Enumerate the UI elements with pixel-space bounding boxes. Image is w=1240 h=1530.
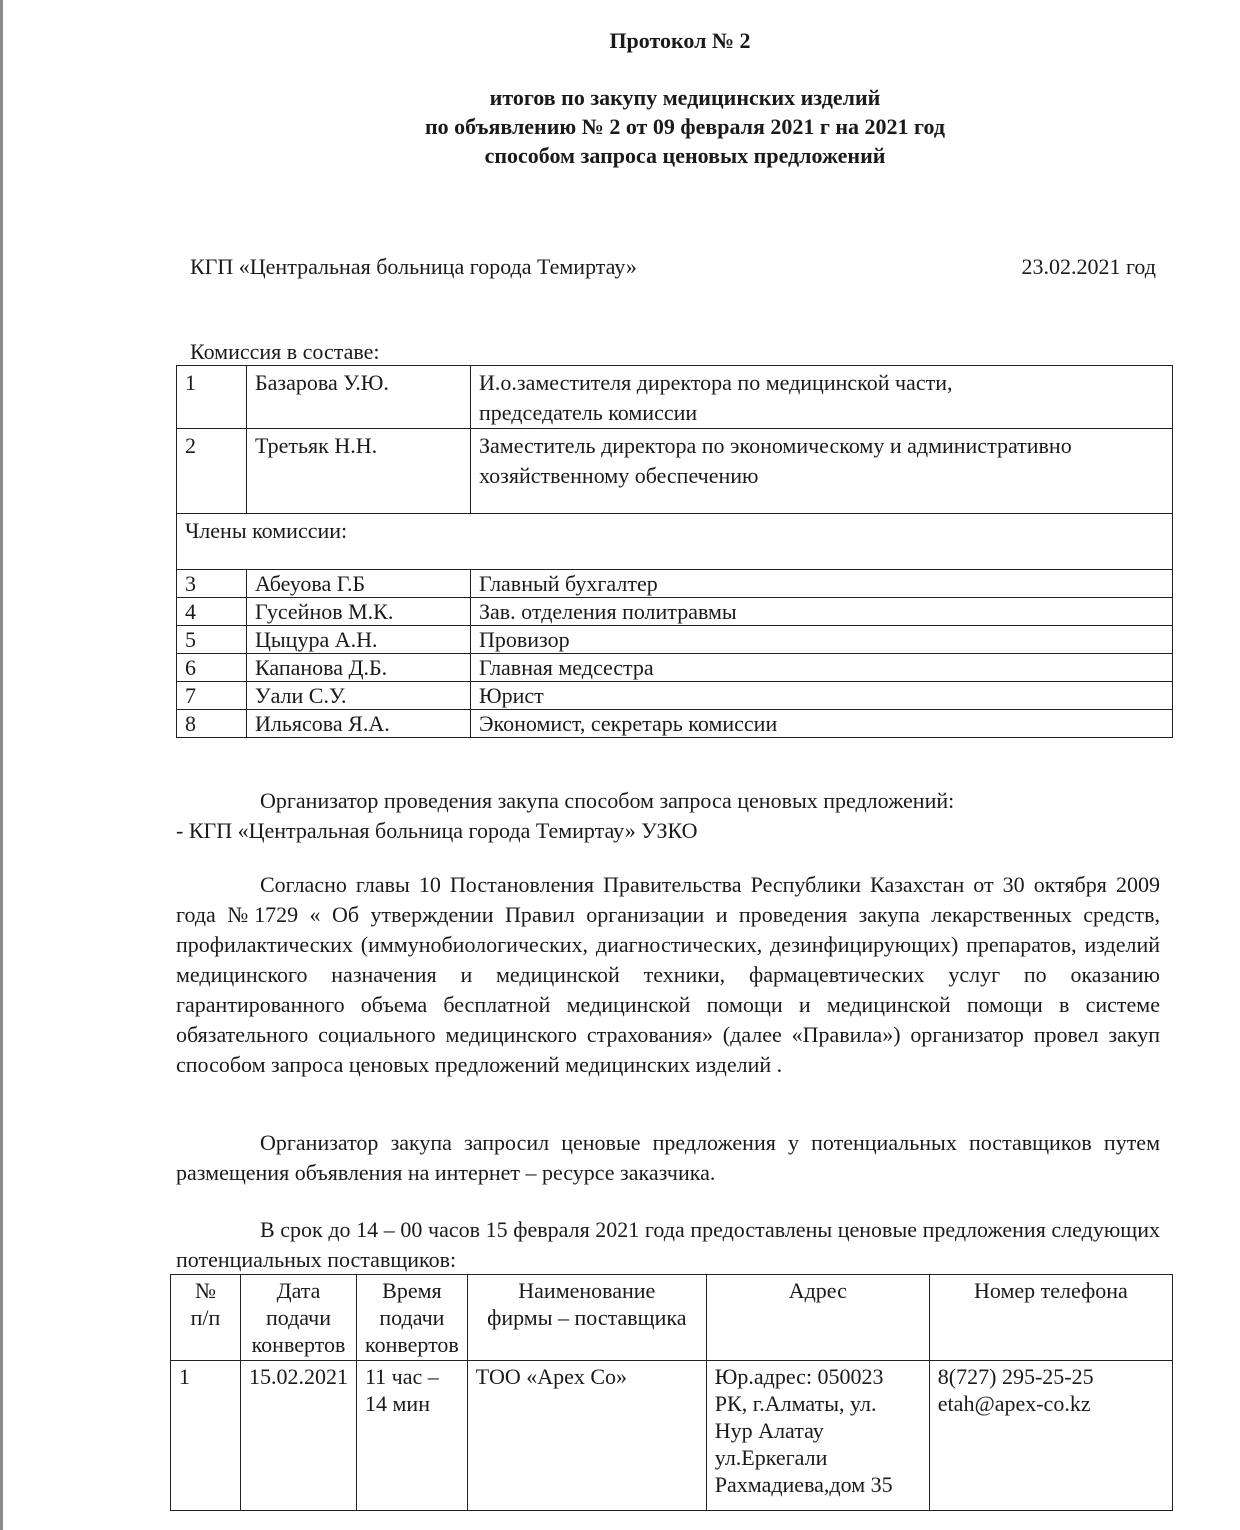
rules-text: Согласно главы 10 Постановления Правител… (176, 872, 1160, 1077)
organizer-line: Организатор проведения закупа способом з… (260, 788, 954, 813)
member-name: Третьяк Н.Н. (247, 429, 471, 514)
member-role: И.о.заместителя директора по медицинской… (471, 366, 1173, 429)
header-firm: Наименование фирмы – поставщика (467, 1275, 706, 1361)
member-name: Уали С.У. (247, 682, 471, 710)
commission-row: 5 Цыцура А.Н. Провизор (177, 626, 1173, 654)
supplier-firm: ТОО «Apex Co» (467, 1361, 706, 1511)
member-name: Базарова У.Ю. (247, 366, 471, 429)
member-name: Капанова Д.Б. (247, 654, 471, 682)
member-number: 8 (177, 710, 247, 738)
member-number: 3 (177, 570, 247, 598)
document-subtitle: итогов по закупу медицинских изделий по … (0, 83, 1240, 170)
member-role: Экономист, секретарь комиссии (471, 710, 1173, 738)
supplier-date: 15.02.2021 (241, 1361, 357, 1511)
organizer-name: - КГП «Центральная больница города Темир… (176, 816, 1160, 846)
deadline-paragraph: В срок до 14 – 00 часов 15 февраля 2021 … (176, 1215, 1160, 1275)
member-role: Провизор (471, 626, 1173, 654)
commission-label: Комиссия в составе: (190, 339, 380, 365)
member-name: Ильясова Я.А. (247, 710, 471, 738)
document-title: Протокол № 2 (0, 28, 1240, 54)
subtitle-line: способом запроса ценовых предложений (0, 141, 1240, 170)
members-label-row: Члены комиссии: (177, 514, 1173, 570)
organization-date-line: КГП «Центральная больница города Темирта… (190, 254, 1156, 280)
supplier-time: 11 час – 14 мин (357, 1361, 468, 1511)
header-date: Дата подачи конвертов (241, 1275, 357, 1361)
member-role: Зав. отделения политравмы (471, 598, 1173, 626)
supplier-phone: 8(727) 295-25-25 etah@apex-co.kz (929, 1361, 1172, 1511)
member-number: 5 (177, 626, 247, 654)
commission-row: 2 Третьяк Н.Н. Заместитель директора по … (177, 429, 1173, 514)
document-date: 23.02.2021 год (1021, 254, 1156, 280)
member-number: 2 (177, 429, 247, 514)
member-role: Заместитель директора по экономическому … (471, 429, 1173, 514)
supplier-number: 1 (171, 1361, 241, 1511)
commission-row: 7 Уали С.У. Юрист (177, 682, 1173, 710)
header-phone: Номер телефона (929, 1275, 1172, 1361)
commission-table: 1 Базарова У.Ю. И.о.заместителя директор… (176, 365, 1173, 738)
commission-row: 8 Ильясова Я.А. Экономист, секретарь ком… (177, 710, 1173, 738)
member-number: 6 (177, 654, 247, 682)
request-text: Организатор закупа запросил ценовые пред… (176, 1130, 1160, 1185)
table-row: 1 15.02.2021 11 час – 14 мин ТОО «Apex C… (171, 1361, 1173, 1511)
deadline-text: В срок до 14 – 00 часов 15 февраля 2021 … (176, 1217, 1160, 1272)
member-role: Юрист (471, 682, 1173, 710)
document-page: Протокол № 2 итогов по закупу медицински… (0, 0, 1240, 1530)
member-name: Цыцура А.Н. (247, 626, 471, 654)
commission-row: 6 Капанова Д.Б. Главная медсестра (177, 654, 1173, 682)
members-label: Члены комиссии: (177, 514, 1173, 570)
request-paragraph: Организатор закупа запросил ценовые пред… (176, 1128, 1160, 1188)
subtitle-line: итогов по закупу медицинских изделий (0, 83, 1240, 112)
member-number: 4 (177, 598, 247, 626)
member-role: Главный бухгалтер (471, 570, 1173, 598)
suppliers-header-row: № п/п Дата подачи конвертов Время подачи… (171, 1275, 1173, 1361)
member-role: Главная медсестра (471, 654, 1173, 682)
supplier-address: Юр.адрес: 050023 РК, г.Алматы, ул. Нур А… (706, 1361, 929, 1511)
header-time: Время подачи конвертов (357, 1275, 468, 1361)
member-name: Абеуова Г.Б (247, 570, 471, 598)
suppliers-table: № п/п Дата подачи конвертов Время подачи… (170, 1274, 1173, 1511)
subtitle-line: по объявлению № 2 от 09 февраля 2021 г н… (0, 112, 1240, 141)
organization-name: КГП «Центральная больница города Темирта… (190, 254, 637, 280)
member-number: 7 (177, 682, 247, 710)
rules-paragraph: Согласно главы 10 Постановления Правител… (176, 870, 1160, 1080)
member-name: Гусейнов М.К. (247, 598, 471, 626)
commission-row: 4 Гусейнов М.К. Зав. отделения политравм… (177, 598, 1173, 626)
member-number: 1 (177, 366, 247, 429)
header-address: Адрес (706, 1275, 929, 1361)
commission-row: 1 Базарова У.Ю. И.о.заместителя директор… (177, 366, 1173, 429)
organizer-paragraph: Организатор проведения закупа способом з… (176, 786, 1160, 846)
header-number: № п/п (171, 1275, 241, 1361)
commission-row: 3 Абеуова Г.Б Главный бухгалтер (177, 570, 1173, 598)
